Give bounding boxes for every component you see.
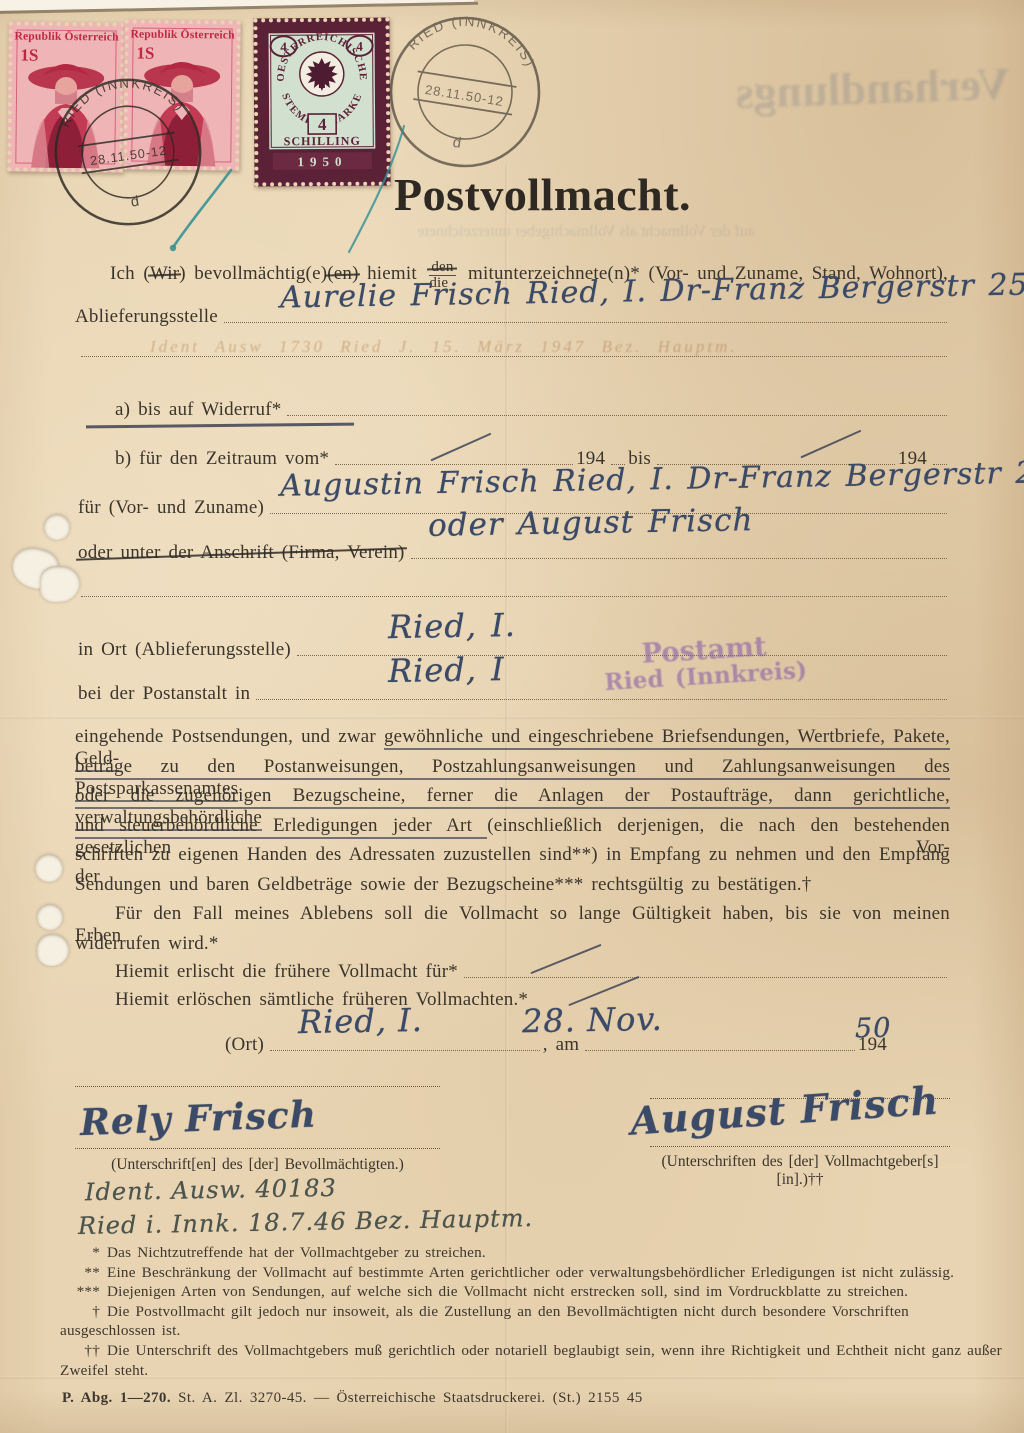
legal-text-underlined: und steuerbehördliche Erledigungen jeder… [75, 815, 487, 839]
struck-den: den [429, 260, 455, 276]
ident-note-line-1: Ident. Ausw. 40183 [85, 1174, 337, 1206]
legal-line-2: beträge zu den Postanweisungen, Postzahl… [75, 756, 950, 786]
right-signature: August Frisch [629, 1077, 941, 1143]
punch-hole-2 [35, 854, 63, 882]
footnote-marker: †† [60, 1341, 100, 1361]
oder-label-struck: oder unter der Anschrift (Firma, Verein) [78, 542, 405, 564]
dotted-line [81, 356, 947, 357]
footnote-marker: ** [60, 1263, 100, 1283]
legal-line-1: eingehende Postsendungen, und zwar gewöh… [75, 726, 950, 756]
widerruf-hand-underline [86, 423, 354, 428]
footnote-marker: *** [60, 1282, 100, 1302]
erlischt-label: Hiemit erlischt die frühere Vollmacht fü… [115, 961, 458, 983]
left-signature-line-1 [75, 1086, 440, 1087]
ableben-paragraph: Für den Fall meines Ablebens soll die Vo… [75, 903, 950, 962]
ablieferungsstelle-label: Ablieferungsstelle [75, 306, 218, 328]
fuer-label: für (Vor- und Zuname) [78, 497, 264, 519]
zeitraum-label: b) für den Zeitraum vom* [115, 448, 329, 470]
crayon-strokes [0, 0, 1024, 300]
dotted-line [224, 322, 947, 323]
footnote-3: ***Diejenigen Arten von Sendungen, auf w… [60, 1282, 1005, 1302]
datum-handwriting: 28. Nov. [522, 1000, 663, 1040]
horizontal-fold-1 [0, 716, 1024, 719]
legal-line-6: Sendungen und baren Geldbeträge sowie de… [75, 874, 950, 904]
postvollmacht-document: Verhandlungs auf der Vollmacht als Vollm… [0, 0, 1024, 1433]
footnote-text: Die Unterschrift des Vollmachtgebers muß… [60, 1342, 1002, 1379]
footnote-text: Eine Beschränkung der Vollmacht auf best… [107, 1264, 954, 1281]
legal-line-5: schriften zu eigenen Handen des Adressat… [75, 844, 950, 874]
left-signature-caption: (Unterschrift[en] des [der] Bevollmächti… [75, 1156, 440, 1174]
erlischt-row: Hiemit erlischt die frühere Vollmacht fü… [115, 957, 950, 983]
legal-line-3: oder die zugehörigen Bezugscheine, ferne… [75, 785, 950, 815]
punch-hole-blob-2 [40, 566, 80, 602]
empty-line-1 [75, 338, 950, 362]
legal-text: Sendungen und baren Geldbeträge sowie de… [75, 874, 811, 895]
oder-row: oder unter der Anschrift (Firma, Verein)… [78, 534, 950, 564]
ableben-line-1: Für den Fall meines Ablebens soll die Vo… [75, 903, 950, 933]
punch-hole-1 [44, 514, 70, 540]
widerruf-label: a) bis auf Widerruf* [115, 399, 281, 421]
ableben-text: widerrufen wird.* [75, 933, 219, 954]
legal-line-4: und steuerbehördliche Erledigungen jeder… [75, 815, 950, 845]
footnote-1: *Das Nichtzutreffende hat der Vollmachtg… [60, 1243, 1005, 1263]
footnote-text: Diejenigen Arten von Sendungen, auf welc… [107, 1283, 908, 1300]
postanstalt-label: bei der Postanstalt in [78, 683, 250, 705]
widerruf-row: a) bis auf Widerruf* [115, 395, 950, 421]
in-ort-label: in Ort (Ablieferungsstelle) [78, 639, 291, 661]
postanstalt-handwriting: Ried, I [388, 650, 505, 690]
right-signature-caption: (Unterschriften des [der] Vollmachtgeber… [640, 1153, 960, 1189]
footnotes: *Das Nichtzutreffende hat der Vollmachtg… [60, 1243, 1005, 1380]
imprint-text: St. A. Zl. 3270-45. — Österreichische St… [178, 1390, 643, 1406]
punch-hole-3 [37, 904, 63, 930]
page-title: Postvollmacht. [394, 168, 691, 221]
dotted-line [81, 596, 947, 597]
year-handwriting: 50 [855, 1013, 892, 1045]
struck-wir: Wir [150, 263, 179, 285]
ablieferungsstelle-row: Ablieferungsstelle Aurelie Frisch Ried, … [75, 298, 950, 328]
footnote-marker: † [60, 1302, 100, 1322]
legal-text: eingehende Postsendungen, und zwar [75, 726, 384, 747]
footnote-2: **Eine Beschränkung der Vollmacht auf be… [60, 1263, 1005, 1283]
dotted-line [585, 1050, 855, 1051]
left-signature: Rely Frisch [79, 1094, 317, 1144]
punch-hole-4 [37, 934, 69, 966]
imprint-number: P. Abg. 1—270. [62, 1390, 171, 1406]
oder-handwriting: oder August Frisch [428, 502, 754, 544]
footnote-4: †Die Postvollmacht gilt jedoch nur insow… [60, 1302, 1005, 1341]
ort-handwriting: Ried, I. [298, 1001, 424, 1041]
right-signature-line-2 [650, 1146, 950, 1147]
footnote-5: ††Die Unterschrift des Vollmachtgebers m… [60, 1341, 1005, 1380]
left-signature-line-2 [75, 1148, 440, 1149]
dotted-line [256, 699, 947, 700]
intro-text: Ich ( [110, 263, 150, 284]
footnote-text: Die Postvollmacht gilt jedoch nur insowe… [60, 1303, 909, 1340]
dotted-line [270, 1050, 540, 1051]
empty-line-2 [75, 578, 950, 602]
footnote-text: Das Nichtzutreffende hat der Vollmachtge… [107, 1244, 486, 1261]
ident-note-line-2: Ried i. Innk. 18.7.46 Bez. Hauptm. [78, 1204, 534, 1240]
printer-imprint: P. Abg. 1—270. St. A. Zl. 3270-45. — Öst… [62, 1390, 643, 1407]
ort-label: (Ort) [225, 1034, 264, 1056]
footnote-marker: * [60, 1243, 100, 1263]
legal-paragraph: eingehende Postsendungen, und zwar gewöh… [75, 726, 950, 903]
in-ort-handwriting: Ried, I. [388, 606, 517, 646]
dotted-line [287, 415, 947, 416]
postanstalt-row: bei der Postanstalt in Ried, I Postamt R… [78, 677, 950, 705]
dotted-line [411, 558, 947, 559]
dotted-line [464, 977, 947, 978]
